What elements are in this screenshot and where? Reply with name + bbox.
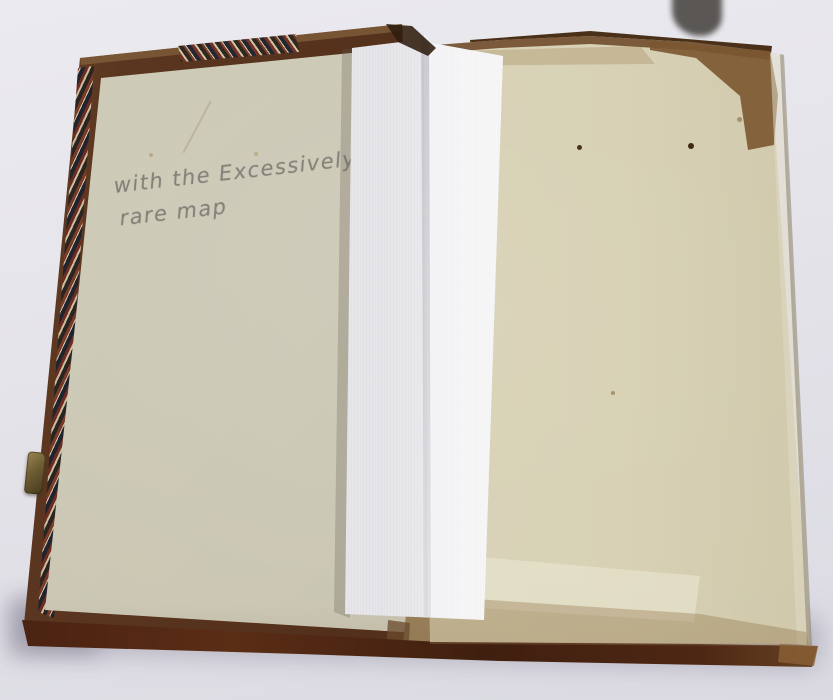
foxing-spot [577, 145, 582, 150]
foxing-spot [611, 391, 615, 395]
foxing-spot [688, 143, 694, 149]
pastedown-stain-dot [149, 153, 153, 157]
foxing-spot [737, 117, 742, 122]
photo-open-antique-book: with the Excessively rare map [0, 0, 833, 700]
